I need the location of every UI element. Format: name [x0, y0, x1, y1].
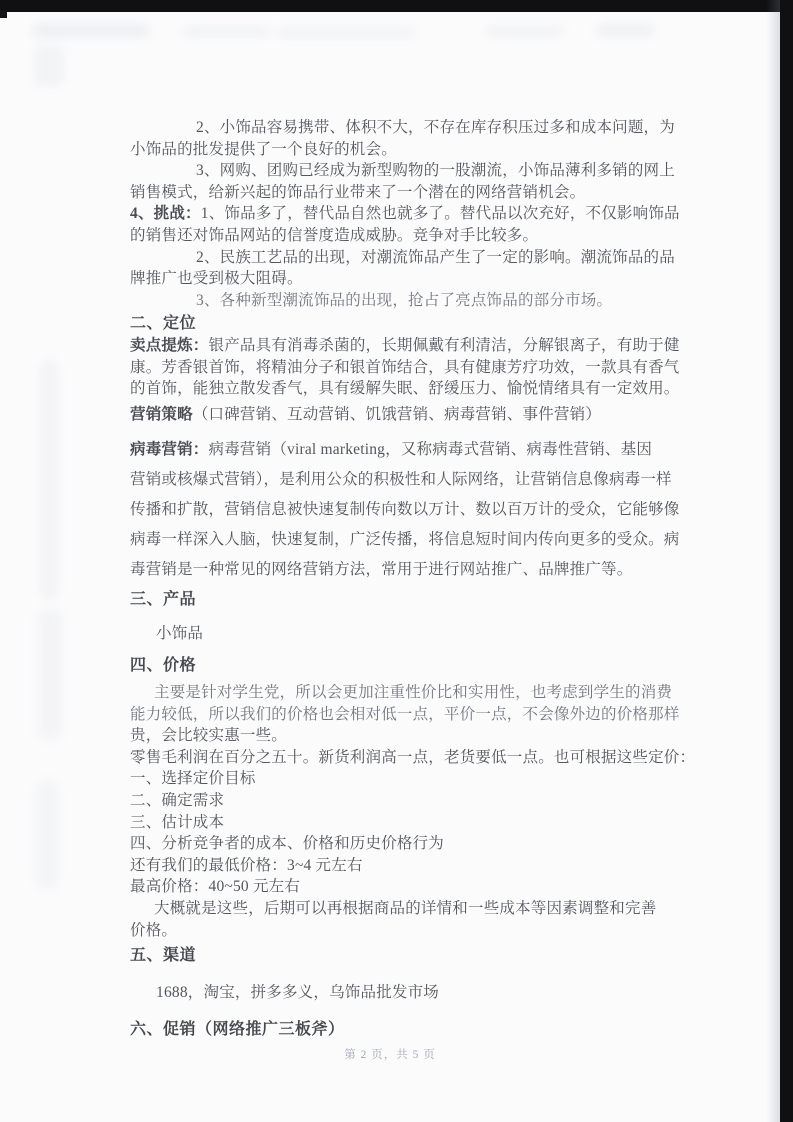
scan-artifact — [38, 610, 62, 740]
scan-artifact — [276, 28, 416, 37]
product-content: 小饰品 — [130, 623, 678, 645]
doc-line: 传播和扩散，营销信息被快速复制传向数以万计、数以百万计的受众，它能够像 — [130, 495, 678, 525]
doc-line: 能力较低，所以我们的价格也会相对低一点，平价一点，不会像外边的价格那样 — [130, 704, 678, 726]
viral-label: 病毒营销： — [130, 441, 209, 458]
doc-line: 的销售还对饰品网站的信誉度造成威胁。竞争对手比较多。 — [130, 225, 678, 247]
doc-line: 零售毛利润在百分之五十。新货利润高一点，老货要低一点。也可根据这些定价： — [130, 747, 678, 769]
scan-edge-right — [780, 0, 793, 1122]
viral-text: 病毒营销（viral marketing，又称病毒式营销、病毒性营销、基因 — [209, 441, 653, 458]
scan-artifact — [596, 24, 654, 36]
doc-line: 3、各种新型潮流饰品的出现，抢占了亮点饰品的部分市场。 — [130, 290, 678, 312]
scan-artifact — [34, 46, 64, 86]
strategy-text: （口碑营销、互动营销、饥饿营销、病毒营销、事件营销） — [193, 406, 601, 423]
doc-line: 大概就是这些，后期可以再根据商品的详情和一些成本等因素调整和完善 — [130, 898, 678, 920]
doc-line: 主要是针对学生党，所以会更加注重性价比和实用性，也考虑到学生的消费 — [130, 682, 678, 704]
section-heading-positioning: 二、定位 — [130, 313, 678, 335]
document-page: 2、小饰品容易携带、体积不大，不存在库存积压过多和成本问题，为 小饰品的批发提供… — [130, 117, 678, 1041]
challenge-text: 1、饰品多了，替代品自然也就多了。替代品以次充好，不仅影响饰品 — [201, 205, 680, 222]
doc-line: 小饰品的批发提供了一个良好的机会。 — [130, 139, 678, 161]
doc-line: 3、网购、团购已经成为新型购物的一股潮流，小饰品薄利多销的网上 — [130, 160, 678, 182]
viral-marketing-paragraph: 病毒营销：病毒营销（viral marketing，又称病毒式营销、病毒性营销、… — [130, 435, 678, 585]
scan-artifact — [32, 24, 150, 37]
strategy-label: 营销策略 — [130, 406, 193, 423]
sellpoint-label: 卖点提炼： — [130, 337, 209, 354]
scan-artifact — [182, 27, 270, 36]
section-heading-price: 四、价格 — [130, 655, 678, 677]
section-heading-channel: 五、渠道 — [130, 945, 678, 967]
max-price-line: 最高价格：40~50 元左右 — [130, 876, 678, 898]
page-edge-shadow — [766, 0, 780, 1122]
pricing-step: 三、估计成本 — [130, 812, 678, 834]
section-heading-product: 三、产品 — [130, 589, 678, 611]
doc-line: 毒营销是一种常见的网络营销方法，常用于进行网站推广、品牌推广等。 — [130, 555, 678, 585]
scan-artifact — [40, 360, 58, 600]
channel-content: 1688，淘宝，拼多多义，乌饰品批发市场 — [130, 982, 678, 1004]
challenge-label: 4、挑战： — [130, 205, 201, 222]
doc-line: 2、民族工艺品的出现，对潮流饰品产生了一定的影响。潮流饰品的品 — [130, 247, 678, 269]
pricing-step: 一、选择定价目标 — [130, 768, 678, 790]
scan-artifact — [36, 780, 58, 890]
section-heading-promotion: 六、促销（网络推广三板斧） — [130, 1019, 678, 1041]
strategy-line: 营销策略（口碑营销、互动营销、饥饿营销、病毒营销、事件营销） — [130, 404, 678, 426]
doc-line: 贵，会比较实惠一些。 — [130, 725, 678, 747]
doc-line: 销售模式，给新兴起的饰品行业带来了一个潜在的网络营销机会。 — [130, 182, 678, 204]
scan-artifact — [486, 26, 564, 36]
doc-line: 康。芳香银首饰，将精油分子和银首饰结合，具有健康芳疗功效，一款具有香气 — [130, 357, 678, 379]
min-price-line: 还有我们的最低价格：3~4 元左右 — [130, 855, 678, 877]
scan-edge-top — [0, 0, 793, 12]
scan-corner-notch — [0, 10, 7, 18]
pricing-step: 四、分析竞争者的成本、价格和历史价格行为 — [130, 833, 678, 855]
page-footer: 第 2 页，共 5 页 — [0, 1046, 780, 1062]
pricing-step: 二、确定需求 — [130, 790, 678, 812]
challenge-line: 4、挑战：1、饰品多了，替代品自然也就多了。替代品以次充好，不仅影响饰品 — [130, 203, 678, 225]
doc-line: 牌推广也受到极大阻碍。 — [130, 268, 678, 290]
doc-line: 价格。 — [130, 920, 678, 942]
viral-line: 病毒营销：病毒营销（viral marketing，又称病毒式营销、病毒性营销、… — [130, 435, 678, 465]
sellpoint-line: 卖点提炼：银产品具有消毒杀菌的，长期佩戴有利清洁，分解银离子，有助于健 — [130, 335, 678, 357]
doc-line: 的首饰，能独立散发香气，具有缓解失眠、舒缓压力、愉悦情绪具有一定效用。 — [130, 378, 678, 400]
doc-line: 营销或核爆式营销），是利用公众的积极性和人际网络，让营销信息像病毒一样 — [130, 465, 678, 495]
sellpoint-text: 银产品具有消毒杀菌的，长期佩戴有利清洁，分解银离子，有助于健 — [209, 337, 680, 354]
doc-line: 2、小饰品容易携带、体积不大，不存在库存积压过多和成本问题，为 — [130, 117, 678, 139]
doc-line: 病毒一样深入人脑，快速复制，广泛传播，将信息短时间内传向更多的受众。病 — [130, 525, 678, 555]
